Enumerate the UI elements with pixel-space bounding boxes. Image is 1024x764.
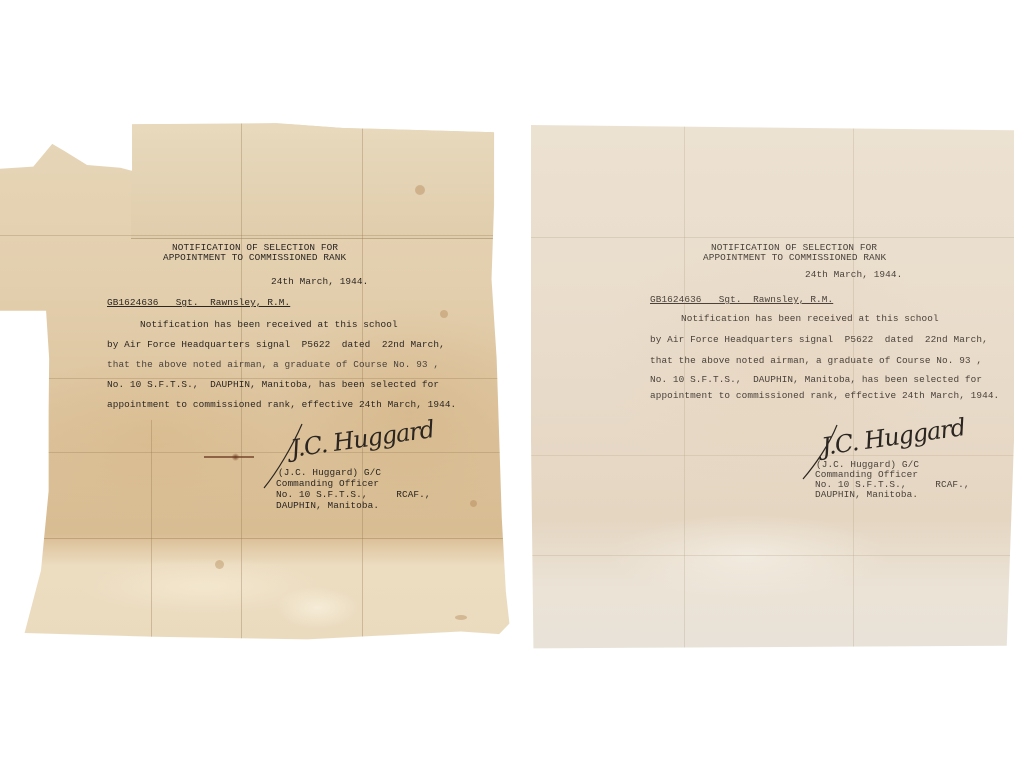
- body-line-4: No. 10 S.F.T.S., DAUPHIN, Manitoba, has …: [107, 380, 439, 389]
- fold-line: [531, 237, 1014, 238]
- aged-original-letter: NOTIFICATION OF SELECTION FOR APPOINTMEN…: [0, 120, 512, 650]
- document-date: 24th March, 1944.: [271, 277, 368, 286]
- paper-sheet: [531, 125, 1014, 651]
- document-title-line-2: APPOINTMENT TO COMMISSIONED RANK: [703, 253, 886, 262]
- stain: [440, 310, 448, 318]
- signatory-title: Commanding Officer: [815, 470, 918, 479]
- fold-line: [531, 455, 1014, 456]
- signatory-unit: No. 10 S.F.T.S., RCAF.,: [276, 490, 431, 499]
- body-line-5: appointment to commissioned rank, effect…: [107, 400, 456, 409]
- fold-line: [0, 235, 512, 236]
- signatory-unit: No. 10 S.F.T.S., RCAF.,: [815, 480, 970, 489]
- body-line-1: Notification has been received at this s…: [140, 320, 398, 329]
- signatory-name: (J.C. Huggard) G/C: [816, 460, 919, 469]
- signatory-title: Commanding Officer: [276, 479, 379, 488]
- body-line-3: that the above noted airman, a graduate …: [650, 356, 982, 365]
- document-title-line-1: NOTIFICATION OF SELECTION FOR: [711, 243, 877, 252]
- fold-line: [531, 555, 1014, 556]
- signatory-name: (J.C. Huggard) G/C: [278, 468, 381, 477]
- body-line-3: that the above noted airman, a graduate …: [107, 360, 439, 369]
- stain: [415, 185, 425, 195]
- fold-line: [0, 452, 512, 453]
- service-reference: GB1624636 Sgt. Rawnsley, R.M.: [650, 295, 833, 304]
- body-line-2: by Air Force Headquarters signal P5622 d…: [650, 335, 988, 344]
- body-line-4: No. 10 S.F.T.S., DAUPHIN, Manitoba, has …: [650, 375, 982, 384]
- document-title-line-1: NOTIFICATION OF SELECTION FOR: [172, 243, 338, 252]
- fold-line: [0, 538, 512, 539]
- service-reference: GB1624636 Sgt. Rawnsley, R.M.: [107, 298, 290, 307]
- fold-line: [853, 125, 854, 651]
- document-date: 24th March, 1944.: [805, 270, 902, 279]
- stain: [470, 500, 477, 507]
- signatory-location: DAUPHIN, Manitoba.: [815, 490, 918, 499]
- stain: [455, 615, 467, 620]
- rust-mark: [204, 456, 254, 458]
- signatory-location: DAUPHIN, Manitoba.: [276, 501, 379, 510]
- fold-line: [151, 420, 152, 650]
- fold-line: [684, 125, 685, 651]
- body-line-2: by Air Force Headquarters signal P5622 d…: [107, 340, 445, 349]
- folded-top-flap: [131, 124, 493, 238]
- stain: [215, 560, 224, 569]
- restored-letter: NOTIFICATION OF SELECTION FOR APPOINTMEN…: [531, 125, 1014, 651]
- document-title-line-2: APPOINTMENT TO COMMISSIONED RANK: [163, 253, 346, 262]
- body-line-5: appointment to commissioned rank, effect…: [650, 391, 999, 400]
- body-line-1: Notification has been received at this s…: [681, 314, 939, 323]
